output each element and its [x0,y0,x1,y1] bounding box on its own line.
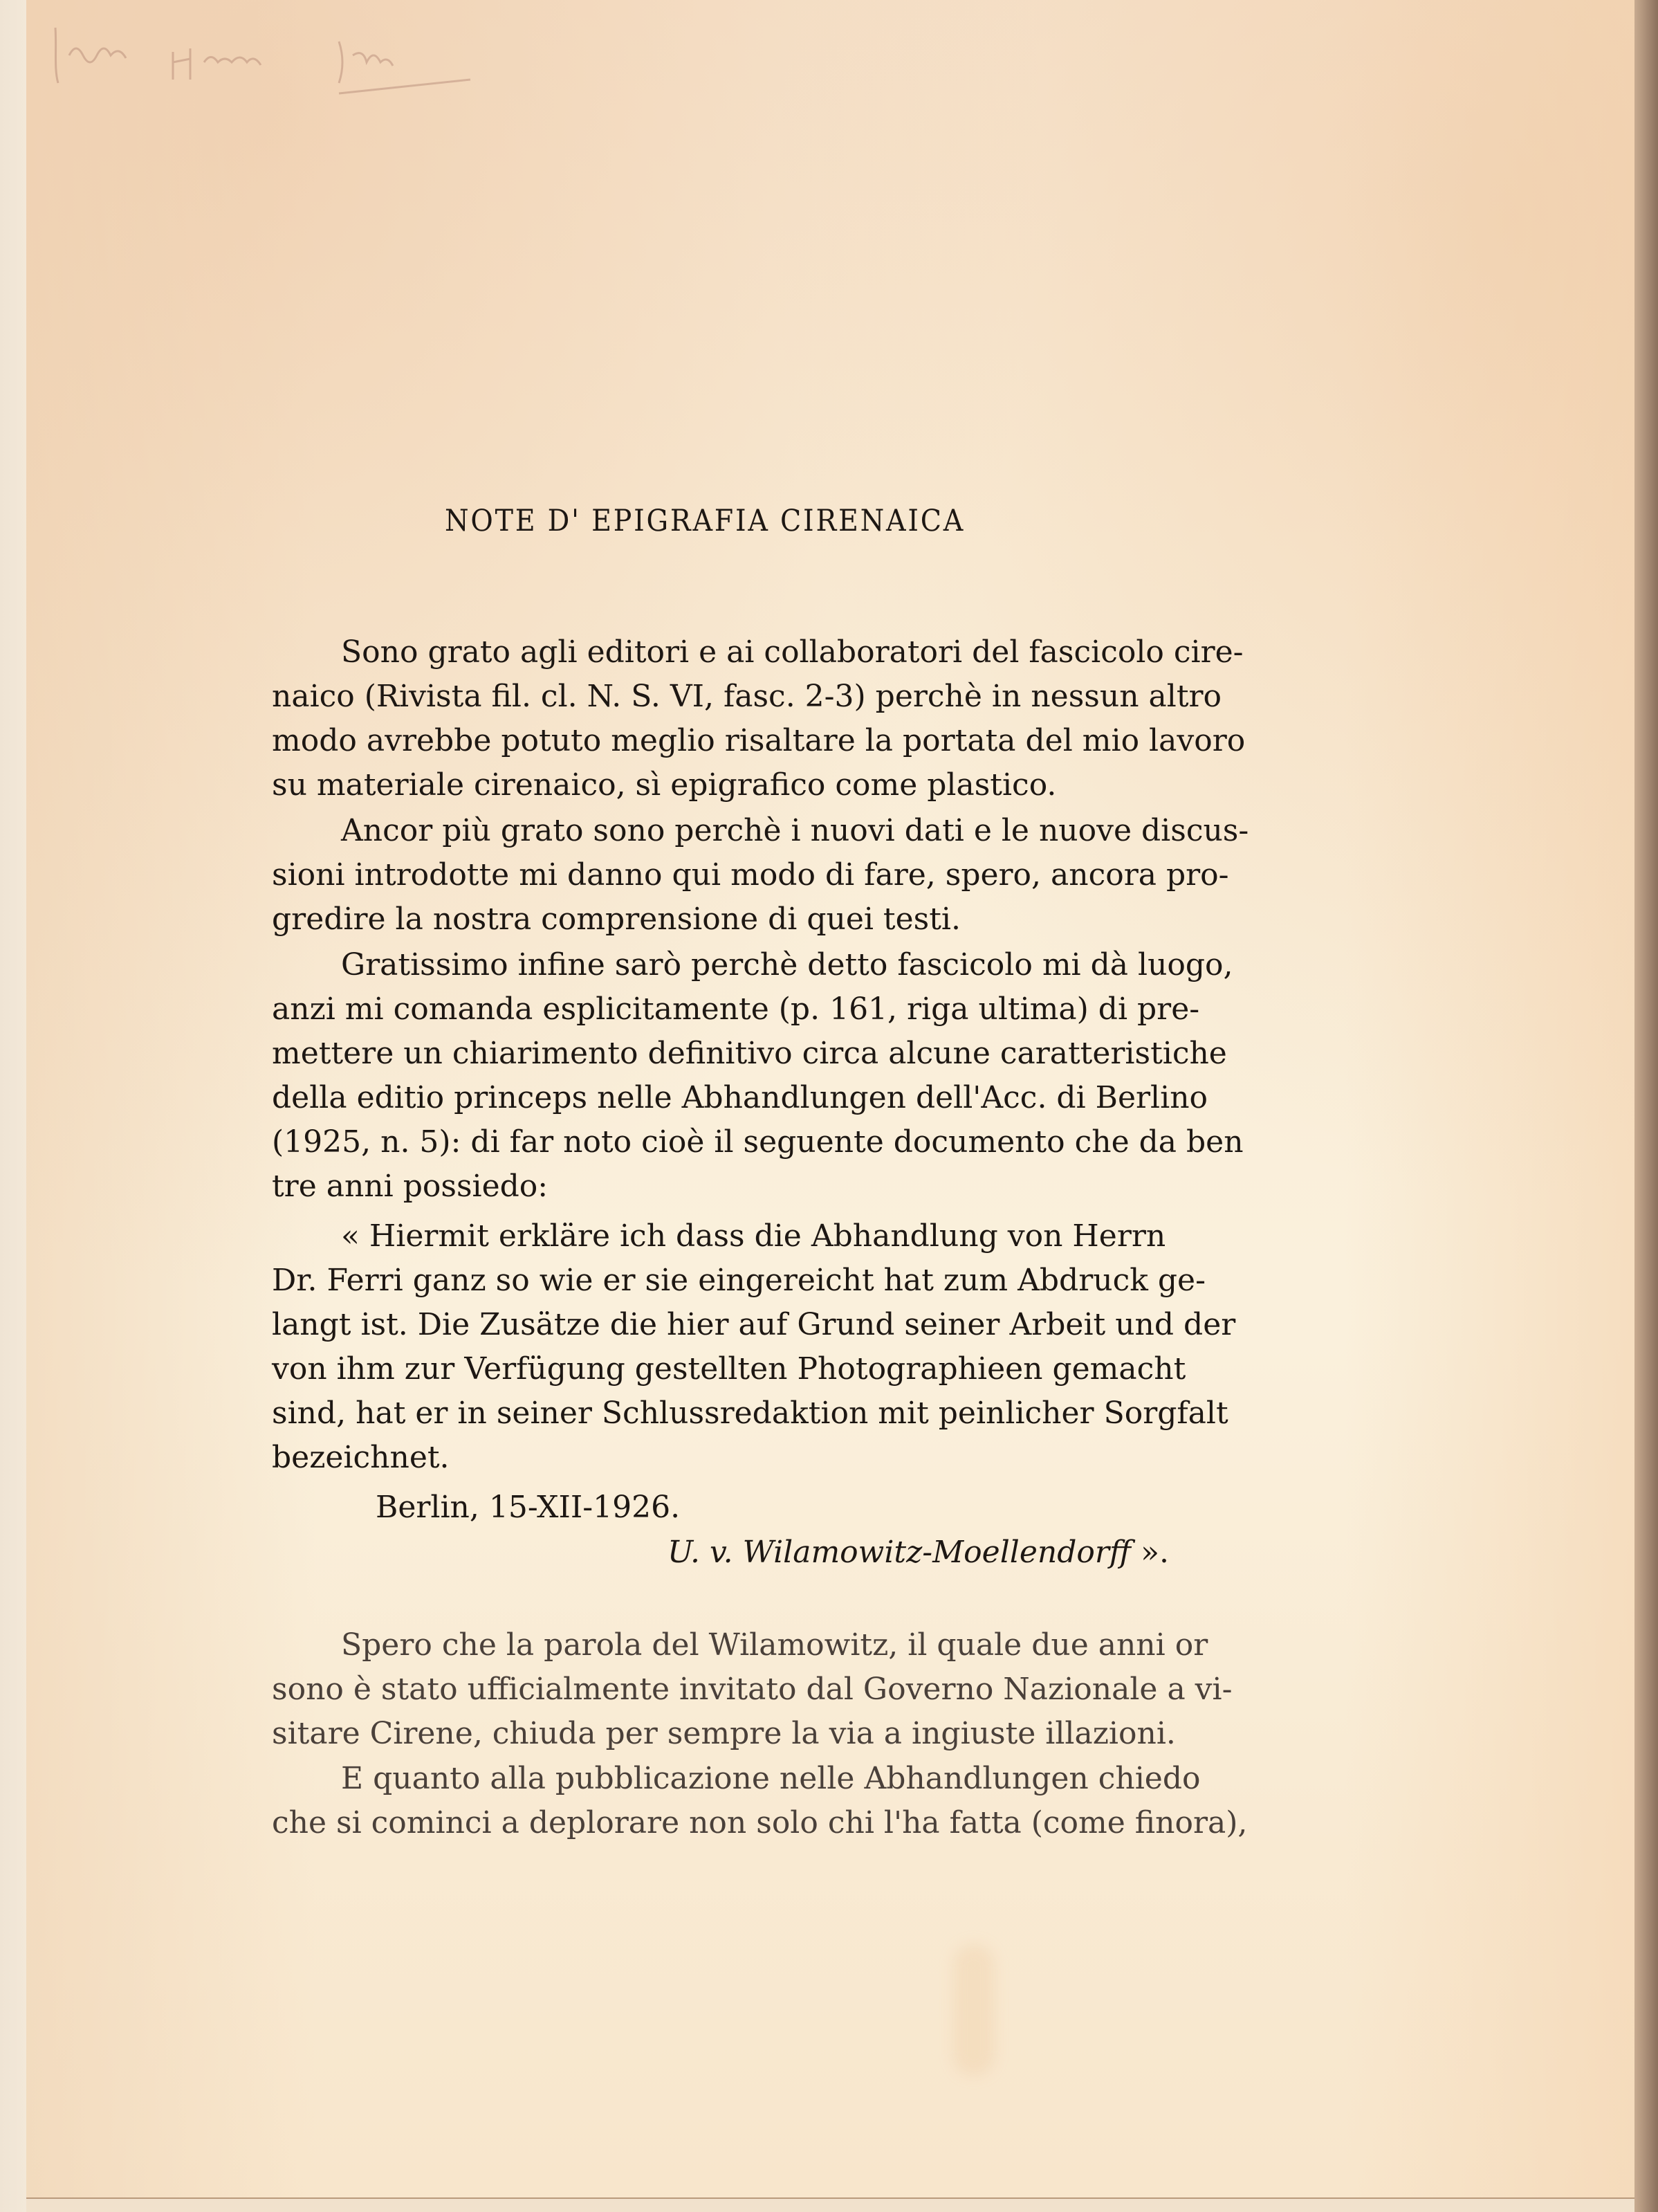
text-line: E quanto alla pubblicazione nelle Abhand… [341,1758,1200,1800]
letter-signature-block: U. v. Wilamowitz-Moellendorff ». [667,1532,1169,1573]
quote-line: bezeichnet. [272,1437,450,1479]
handwritten-pencil-annotation-icon [42,14,484,97]
page-torn-edge [1634,0,1658,2212]
closing-quote-mark: ». [1131,1535,1169,1570]
quote-line: Dr. Ferri ganz so wie er sie eingereicht… [272,1260,1206,1301]
text-line: mettere un chiarimento definitivo circa … [272,1033,1227,1075]
scan-left-margin [0,0,26,2212]
quote-line: sind, hat er in seiner Schlussredaktion … [272,1393,1228,1434]
text-line: anzi mi comanda esplicitamente (p. 161, … [272,989,1199,1030]
text-line: Ancor più grato sono perchè i nuovi dati… [341,810,1249,852]
letter-place-date: Berlin, 15-XII-1926. [376,1487,680,1528]
text-line: Spero che la parola del Wilamowitz, il q… [341,1625,1208,1666]
scanned-page: NOTE D' EPIGRAFIA CIRENAICA Sono grato a… [0,0,1658,2212]
text-line: gredire la nostra comprensione di quei t… [272,899,961,940]
text-line: sono è stato ufficialmente invitato dal … [272,1669,1232,1710]
text-line: sioni introdotte mi danno qui modo di fa… [272,854,1229,896]
page-title: NOTE D' EPIGRAFIA CIRENAICA [445,504,1081,538]
paper-stain [953,1944,995,2076]
text-line: (1925, n. 5): di far noto cioè il seguen… [272,1122,1244,1163]
text-line: naico (Rivista fil. cl. N. S. VI, fasc. … [272,676,1222,717]
quote-line: von ihm zur Verfügung gestellten Photogr… [272,1349,1186,1390]
text-line: sitare Cirene, chiuda per sempre la via … [272,1713,1176,1755]
text-line: Sono grato agli editori e ai collaborato… [341,632,1244,673]
letter-signature: U. v. Wilamowitz-Moellendorff [667,1535,1131,1570]
text-line: modo avrebbe potuto meglio risaltare la … [272,720,1245,762]
text-line: su materiale cirenaico, sì epigrafico co… [272,765,1056,806]
text-line: della editio princeps nelle Abhandlungen… [272,1077,1208,1119]
quote-line: « Hiermit erkläre ich dass die Abhandlun… [341,1216,1166,1257]
page-bottom-edge [26,2197,1634,2212]
text-line: che si cominci a deplorare non solo chi … [272,1802,1247,1844]
quote-line: langt ist. Die Zusätze die hier auf Grun… [272,1304,1235,1346]
text-line: tre anni possiedo: [272,1166,548,1207]
text-line: Gratissimo infine sarò perchè detto fasc… [341,944,1233,986]
